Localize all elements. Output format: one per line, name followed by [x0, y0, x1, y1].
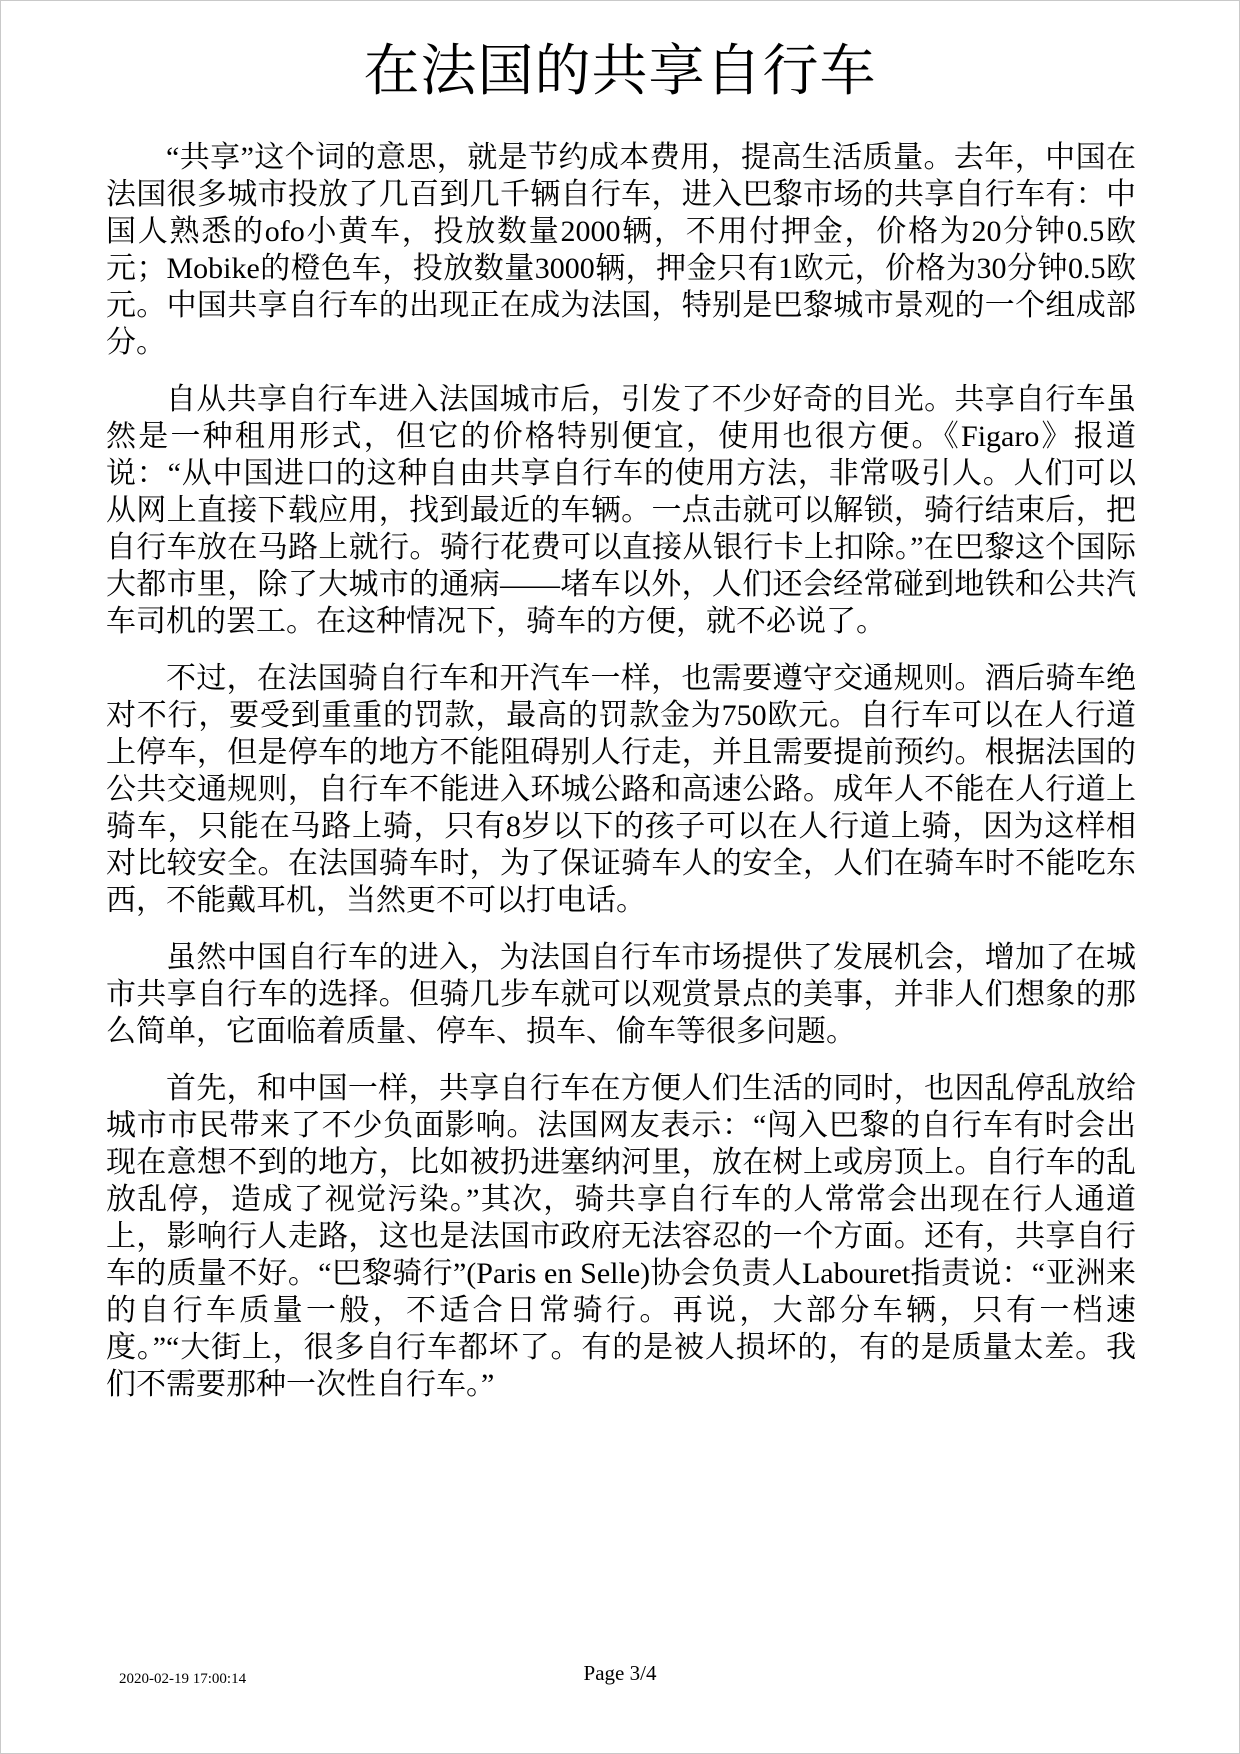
document-page: 在法国的共享自行车 “共享”这个词的意思，就是节约成本费用，提高生活质量。去年，… — [0, 0, 1240, 1754]
paragraph-5: 首先，和中国一样，共享自行车在方便人们生活的同时，也因乱停乱放给城市市民带来了不… — [106, 1070, 1136, 1403]
footer-timestamp: 2020-02-19 17:00:14 — [119, 1671, 246, 1687]
paragraph-3: 不过，在法国骑自行车和开汽车一样，也需要遵守交通规则。酒后骑车绝对不行，要受到重… — [106, 660, 1136, 919]
page-footer: 2020-02-19 17:00:14 Page 3/4 — [1, 1661, 1239, 1701]
paragraph-1: “共享”这个词的意思，就是节约成本费用，提高生活质量。去年，中国在法国很多城市投… — [106, 139, 1136, 361]
page-title: 在法国的共享自行车 — [1, 41, 1239, 103]
document-body: “共享”这个词的意思，就是节约成本费用，提高生活质量。去年，中国在法国很多城市投… — [106, 139, 1136, 1403]
paragraph-2: 自从共享自行车进入法国城市后，引发了不少好奇的目光。共享自行车虽然是一种租用形式… — [106, 381, 1136, 640]
paragraph-4: 虽然中国自行车的进入，为法国自行车市场提供了发展机会，增加了在城市共享自行车的选… — [106, 939, 1136, 1050]
